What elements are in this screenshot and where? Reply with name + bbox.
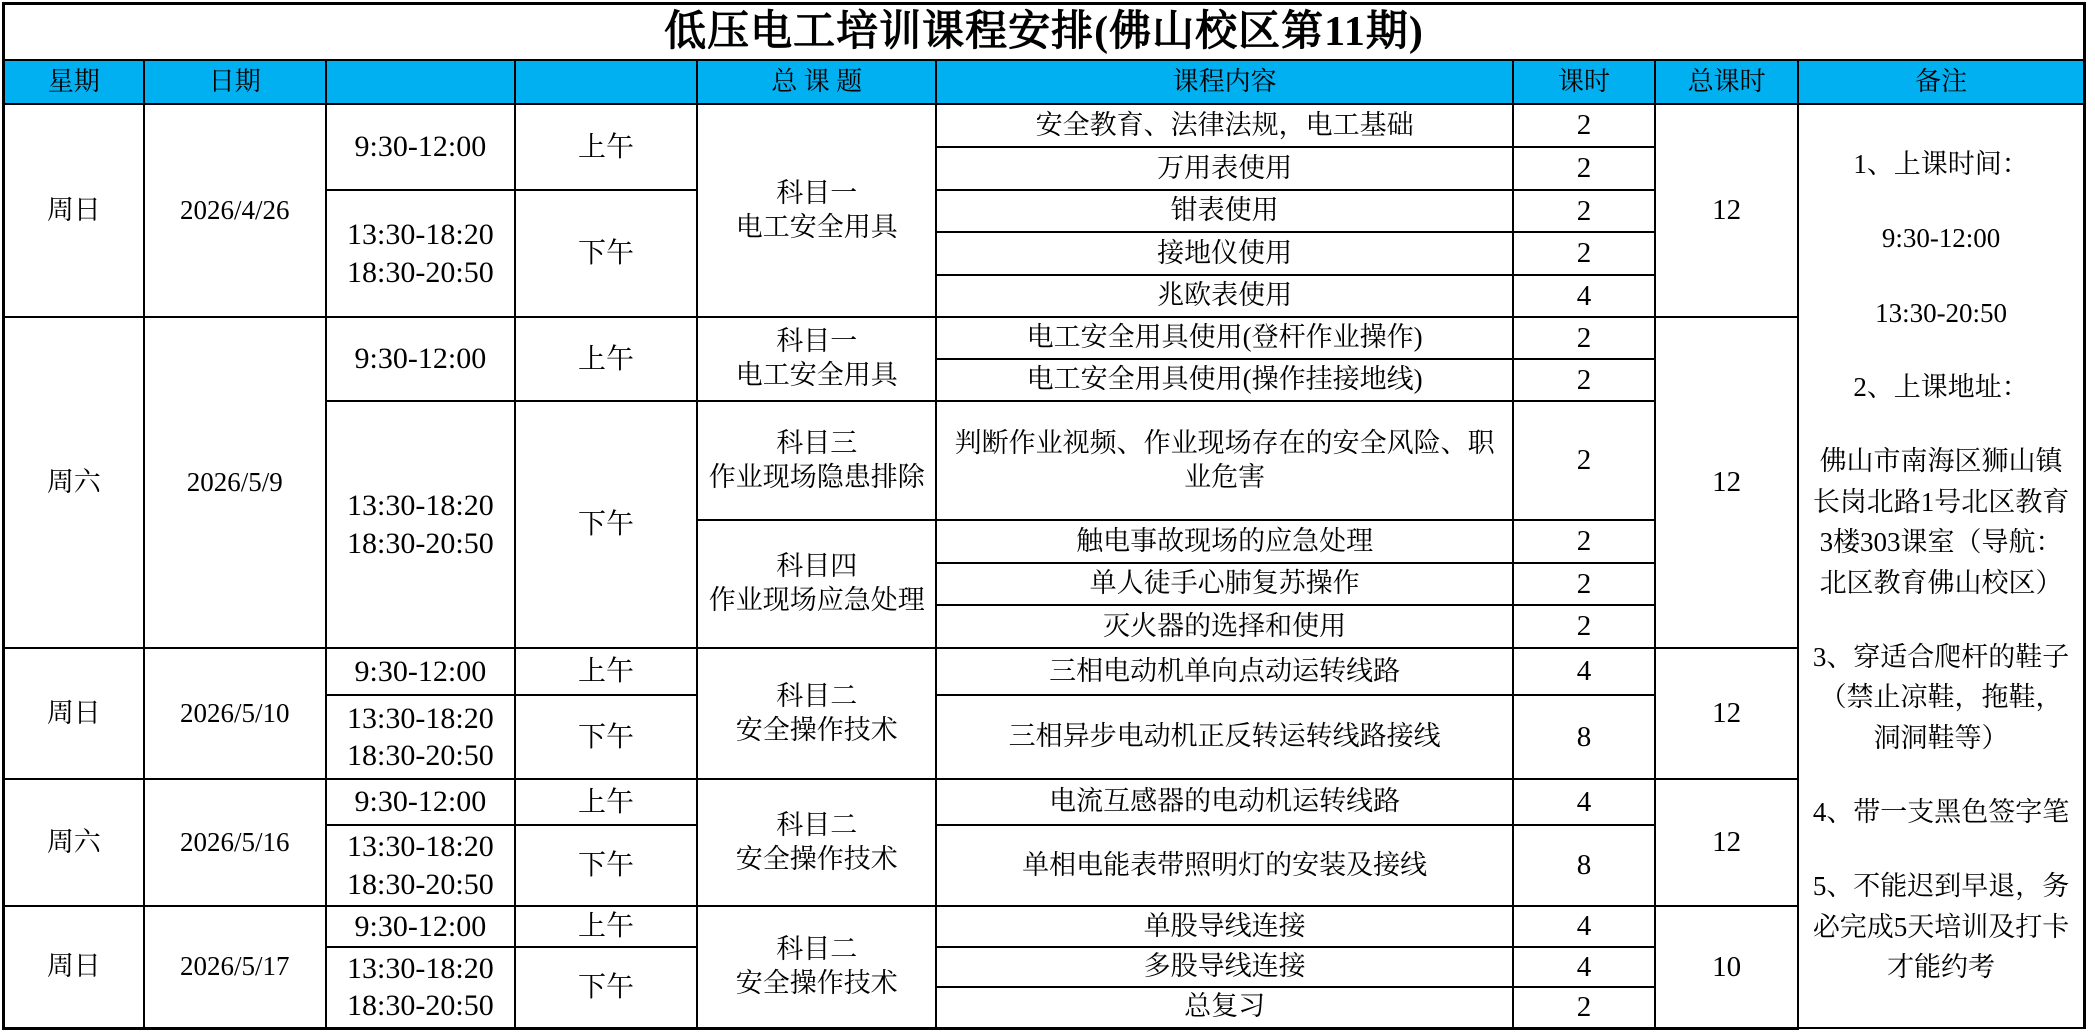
col-header-week: 星期 — [4, 60, 144, 104]
total-hours-cell: 12 — [1655, 779, 1798, 906]
course-content-cell: 三相异步电动机正反转运转线路接线 — [936, 695, 1513, 779]
col-header-empty-session — [515, 60, 697, 104]
hours-cell: 4 — [1513, 947, 1655, 987]
col-header-topic: 总 课 题 — [697, 60, 936, 104]
hours-cell: 2 — [1513, 987, 1655, 1028]
course-content-cell: 钳表使用 — [936, 190, 1513, 232]
course-content-cell: 灭火器的选择和使用 — [936, 605, 1513, 648]
remark-note: 9:30-12:00 — [1807, 218, 2075, 259]
schedule-page: 低压电工培训课程安排(佛山校区第11期) 星期 日期 总 课 题 课程内容 课时… — [0, 0, 2095, 1033]
hours-cell: 2 — [1513, 147, 1655, 190]
session-cell-am: 上午 — [515, 317, 697, 401]
time-cell-pm: 13:30-18:20 18:30-20:50 — [326, 825, 515, 906]
date-cell: 2026/5/10 — [144, 648, 326, 779]
time-cell-am: 9:30-12:00 — [326, 906, 515, 947]
week-cell: 周日 — [4, 906, 144, 1028]
course-content-cell: 接地仪使用 — [936, 232, 1513, 275]
course-content-cell: 兆欧表使用 — [936, 275, 1513, 317]
time-cell-am: 9:30-12:00 — [326, 648, 515, 695]
hours-cell: 8 — [1513, 825, 1655, 906]
col-header-total-hours: 总课时 — [1655, 60, 1798, 104]
hours-cell: 2 — [1513, 104, 1655, 147]
col-header-hours: 课时 — [1513, 60, 1655, 104]
topic-cell: 科目二 安全操作技术 — [697, 906, 936, 1028]
col-header-content: 课程内容 — [936, 60, 1513, 104]
course-content-cell: 三相电动机单向点动运转线路 — [936, 648, 1513, 695]
session-cell-am: 上午 — [515, 779, 697, 825]
course-content-cell: 电工安全用具使用(操作挂接地线) — [936, 359, 1513, 401]
remarks-cell: 1、上课时间： 9:30-12:00 13:30-20:50 2、上课地址： 佛… — [1798, 104, 2084, 1028]
total-hours-cell: 12 — [1655, 648, 1798, 779]
col-header-remarks: 备注 — [1798, 60, 2084, 104]
hours-cell: 2 — [1513, 401, 1655, 520]
date-cell: 2026/5/17 — [144, 906, 326, 1028]
session-cell-pm: 下午 — [515, 401, 697, 648]
session-cell-pm: 下午 — [515, 190, 697, 317]
week-cell: 周六 — [4, 779, 144, 906]
total-hours-cell: 12 — [1655, 104, 1798, 317]
total-hours-cell: 12 — [1655, 317, 1798, 648]
topic-cell: 科目三 作业现场隐患排除 — [697, 401, 936, 520]
hours-cell: 2 — [1513, 520, 1655, 563]
hours-cell: 2 — [1513, 232, 1655, 275]
hours-cell: 2 — [1513, 359, 1655, 401]
course-content-cell: 万用表使用 — [936, 147, 1513, 190]
remark-note: 1、上课时间： — [1807, 144, 2075, 185]
time-cell-pm: 13:30-18:20 18:30-20:50 — [326, 190, 515, 317]
time-cell-pm: 13:30-18:20 18:30-20:50 — [326, 695, 515, 779]
course-content-cell: 总复习 — [936, 987, 1513, 1028]
remark-note: 13:30-20:50 — [1807, 293, 2075, 334]
session-cell-am: 上午 — [515, 906, 697, 947]
hours-cell: 8 — [1513, 695, 1655, 779]
topic-cell: 科目四 作业现场应急处理 — [697, 520, 936, 648]
hours-cell: 4 — [1513, 906, 1655, 947]
course-content-cell: 电工安全用具使用(登杆作业操作) — [936, 317, 1513, 359]
week-cell: 周日 — [4, 648, 144, 779]
course-content-cell: 电流互感器的电动机运转线路 — [936, 779, 1513, 825]
topic-cell: 科目二 安全操作技术 — [697, 779, 936, 906]
date-cell: 2026/5/9 — [144, 317, 326, 648]
time-cell-am: 9:30-12:00 — [326, 104, 515, 190]
time-cell-pm: 13:30-18:20 18:30-20:50 — [326, 947, 515, 1028]
time-cell-am: 9:30-12:00 — [326, 317, 515, 401]
session-cell-am: 上午 — [515, 104, 697, 190]
course-content-cell: 单股导线连接 — [936, 906, 1513, 947]
topic-cell: 科目一 电工安全用具 — [697, 104, 936, 317]
date-cell: 2026/5/16 — [144, 779, 326, 906]
session-cell-pm: 下午 — [515, 947, 697, 1028]
page-title: 低压电工培训课程安排(佛山校区第11期) — [4, 4, 2085, 61]
week-cell: 周六 — [4, 317, 144, 648]
hours-cell: 2 — [1513, 317, 1655, 359]
course-content-cell: 单人徒手心肺复苏操作 — [936, 563, 1513, 605]
topic-cell: 科目一 电工安全用具 — [697, 317, 936, 401]
hours-cell: 2 — [1513, 605, 1655, 648]
session-cell-pm: 下午 — [515, 695, 697, 779]
col-header-empty-time — [326, 60, 515, 104]
session-cell-pm: 下午 — [515, 825, 697, 906]
total-hours-cell: 10 — [1655, 906, 1798, 1028]
course-content-cell: 多股导线连接 — [936, 947, 1513, 987]
course-content-cell: 判断作业视频、作业现场存在的安全风险、职业危害 — [936, 401, 1513, 520]
hours-cell: 4 — [1513, 275, 1655, 317]
course-content-cell: 触电事故现场的应急处理 — [936, 520, 1513, 563]
remark-note: 3、穿适合爬杆的鞋子（禁止凉鞋，拖鞋，洞洞鞋等） — [1807, 637, 2075, 759]
remark-note: 4、带一支黑色签字笔 — [1807, 792, 2075, 833]
hours-cell: 2 — [1513, 190, 1655, 232]
remark-note: 2、上课地址： — [1807, 367, 2075, 408]
time-cell-pm: 13:30-18:20 18:30-20:50 — [326, 401, 515, 648]
date-cell: 2026/4/26 — [144, 104, 326, 317]
hours-cell: 2 — [1513, 563, 1655, 605]
schedule-table: 低压电工培训课程安排(佛山校区第11期) 星期 日期 总 课 题 课程内容 课时… — [2, 2, 2086, 1030]
remark-note: 佛山市南海区狮山镇长岗北路1号北区教育3楼303课室（导航：北区教育佛山校区） — [1807, 441, 2075, 603]
topic-cell: 科目二 安全操作技术 — [697, 648, 936, 779]
hours-cell: 4 — [1513, 648, 1655, 695]
time-cell-am: 9:30-12:00 — [326, 779, 515, 825]
session-cell-am: 上午 — [515, 648, 697, 695]
remark-note: 5、不能迟到早退，务必完成5天培训及打卡才能约考 — [1807, 866, 2075, 988]
hours-cell: 4 — [1513, 779, 1655, 825]
col-header-date: 日期 — [144, 60, 326, 104]
course-content-cell: 单相电能表带照明灯的安装及接线 — [936, 825, 1513, 906]
course-content-cell: 安全教育、法律法规，电工基础 — [936, 104, 1513, 147]
week-cell: 周日 — [4, 104, 144, 317]
